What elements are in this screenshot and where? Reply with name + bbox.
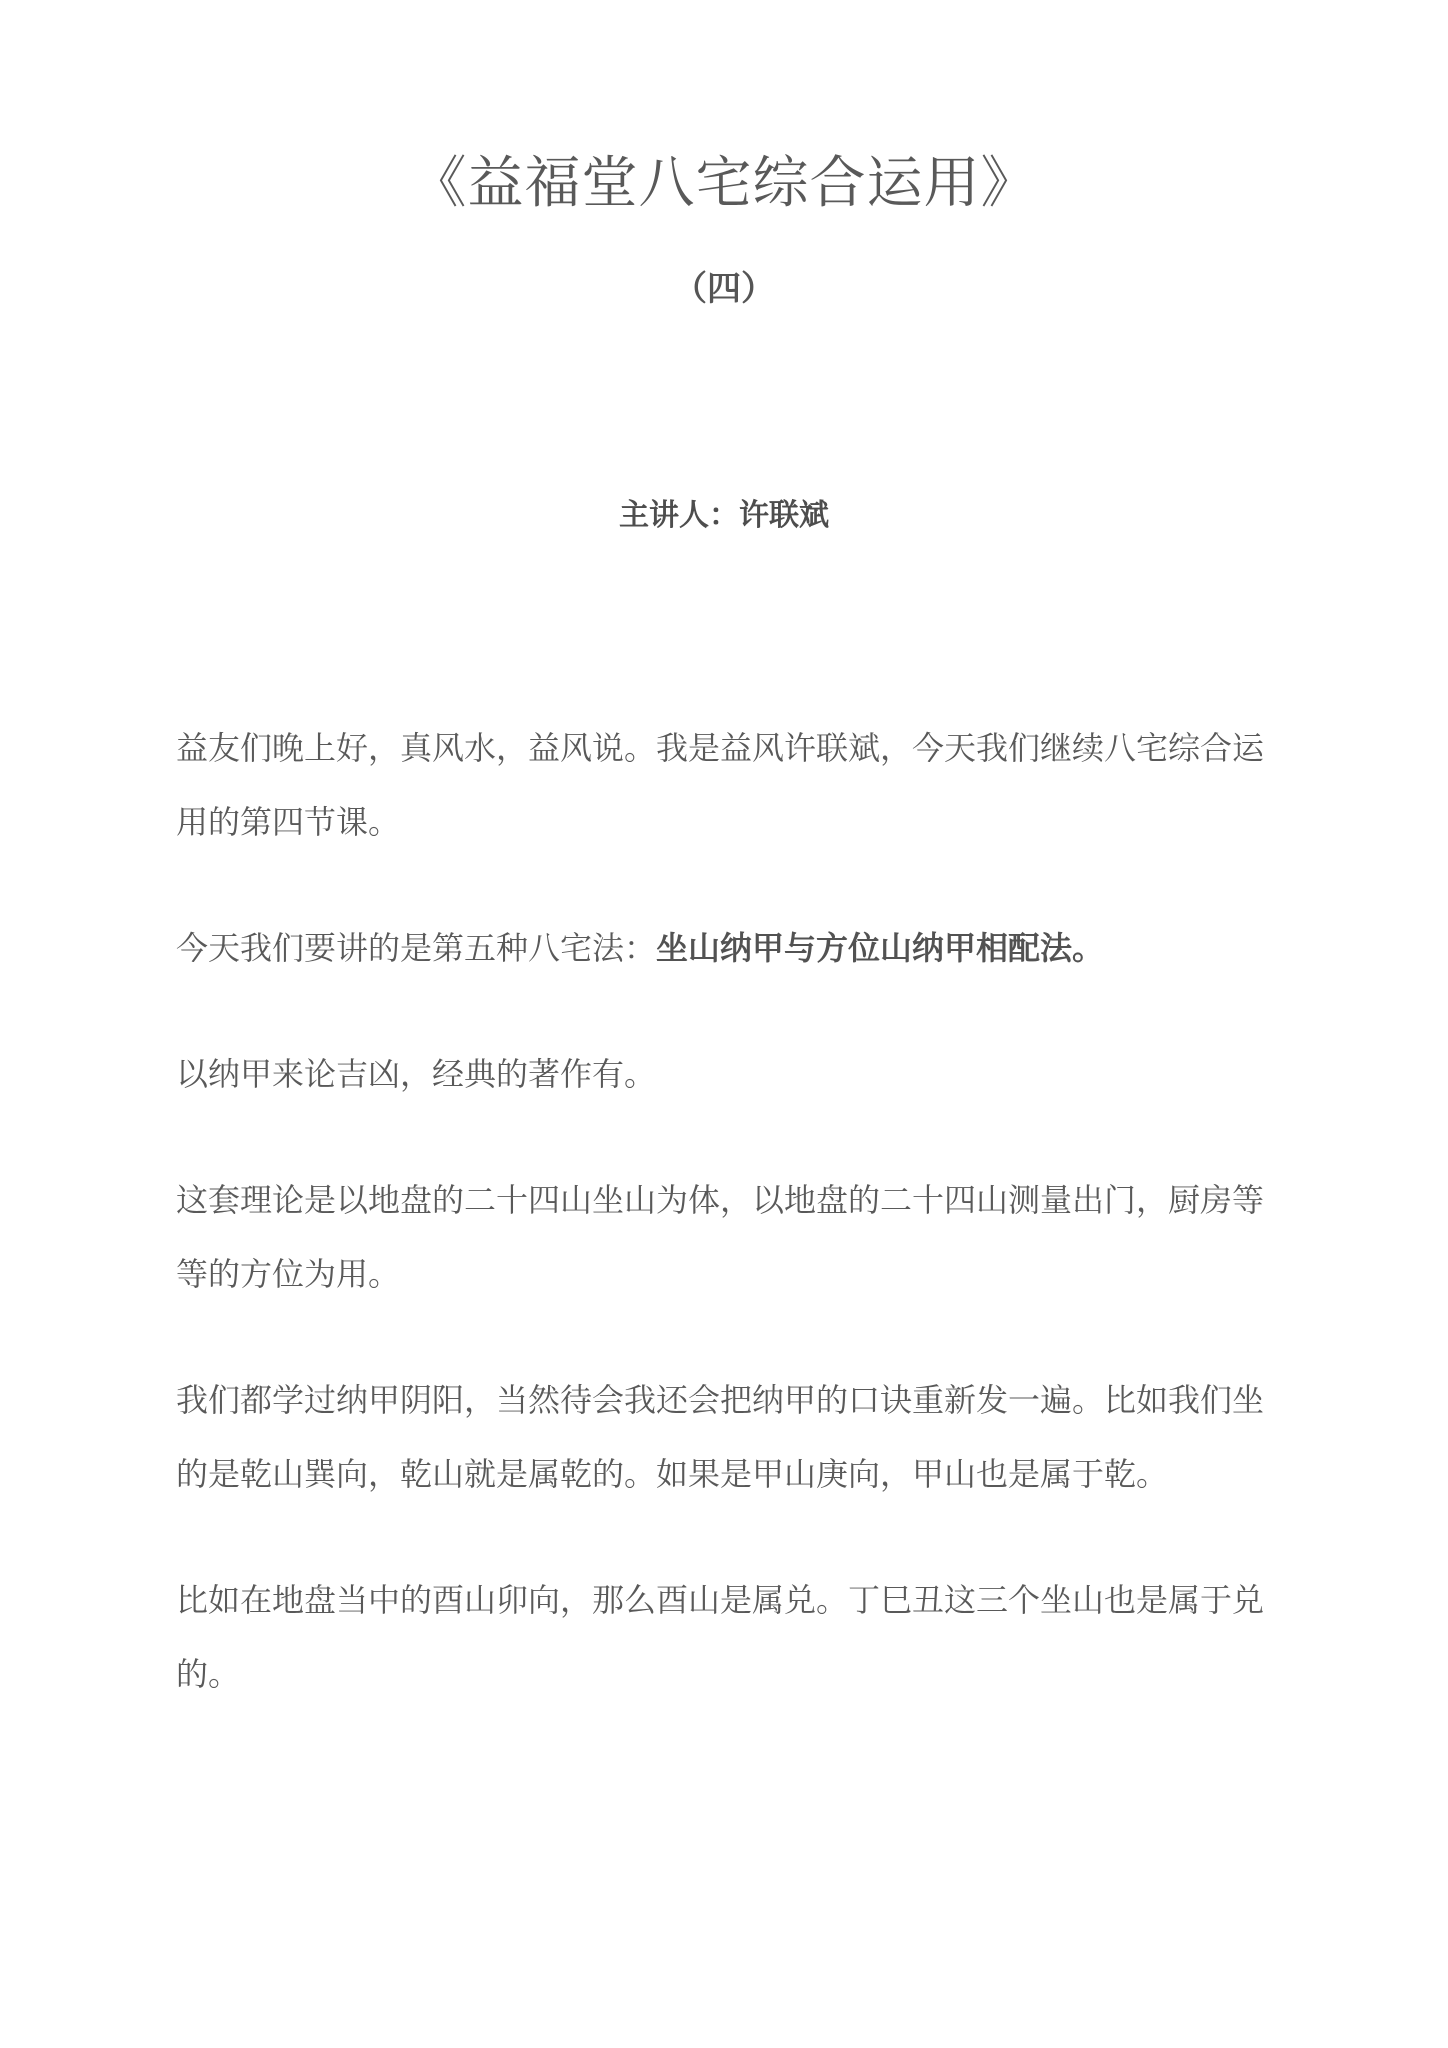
paragraph-text-bold: 坐山纳甲与方位山纳甲相配法。 xyxy=(656,930,1104,966)
paragraph-text: 今天我们要讲的是第五种八宅法： xyxy=(176,930,656,966)
body-paragraph: 以纳甲来论吉凶，经典的著作有。 xyxy=(176,1037,1272,1111)
document-content: 《益福堂八宅综合运用》 （四） 主讲人：许联斌 益友们晚上好，真风水，益风说。我… xyxy=(0,148,1448,1711)
paragraph-text: 比如在地盘当中的酉山卯向，那么酉山是属兑。丁巳丑这三个坐山也是属于兑的。 xyxy=(176,1582,1264,1692)
body-paragraph: 益友们晚上好，真风水，益风说。我是益风许联斌，今天我们继续八宅综合运用的第四节课… xyxy=(176,711,1272,859)
body-paragraph: 我们都学过纳甲阴阳，当然待会我还会把纳甲的口诀重新发一遍。比如我们坐的是乾山巽向… xyxy=(176,1363,1272,1511)
body-paragraph: 比如在地盘当中的酉山卯向，那么酉山是属兑。丁巳丑这三个坐山也是属于兑的。 xyxy=(176,1563,1272,1711)
paragraph-text: 以纳甲来论吉凶，经典的著作有。 xyxy=(176,1056,656,1092)
paragraph-text: 益友们晚上好，真风水，益风说。我是益风许联斌，今天我们继续八宅综合运用的第四节课… xyxy=(176,730,1264,840)
body-paragraph: 这套理论是以地盘的二十四山坐山为体，以地盘的二十四山测量出门，厨房等等的方位为用… xyxy=(176,1163,1272,1311)
document-subtitle: （四） xyxy=(176,267,1272,311)
body-paragraph: 今天我们要讲的是第五种八宅法：坐山纳甲与方位山纳甲相配法。 xyxy=(176,911,1272,985)
document-body: 益友们晚上好，真风水，益风说。我是益风许联斌，今天我们继续八宅综合运用的第四节课… xyxy=(176,711,1272,1711)
paragraph-text: 我们都学过纳甲阴阳，当然待会我还会把纳甲的口诀重新发一遍。比如我们坐的是乾山巽向… xyxy=(176,1382,1264,1492)
document-title: 《益福堂八宅综合运用》 xyxy=(176,148,1272,220)
speaker-line: 主讲人：许联斌 xyxy=(176,494,1272,538)
document-page: 《益福堂八宅综合运用》 （四） 主讲人：许联斌 益友们晚上好，真风水，益风说。我… xyxy=(0,0,1448,2048)
paragraph-text: 这套理论是以地盘的二十四山坐山为体，以地盘的二十四山测量出门，厨房等等的方位为用… xyxy=(176,1182,1264,1292)
